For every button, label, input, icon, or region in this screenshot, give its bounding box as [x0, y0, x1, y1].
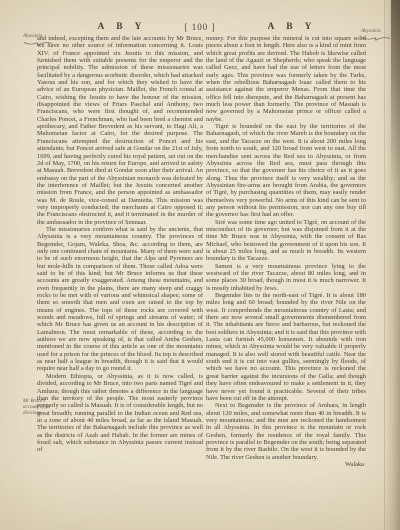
margin-note-text: Abyssinia.: [361, 29, 382, 34]
paragraph: The missionaries confirm what is said by…: [37, 226, 203, 373]
right-column: money. For this purpose the mineral is c…: [206, 35, 366, 469]
paragraph: and indeed, excepting them and the late …: [37, 35, 203, 226]
paragraph: Samen is a very mountainous province lyi…: [206, 263, 366, 292]
paragraph: Next to Begemder is the province of Amha…: [206, 402, 366, 461]
paragraph: Modern Ethiopia, or Abyssinia, as it is …: [37, 373, 203, 454]
running-head-right: A B Y: [230, 22, 354, 32]
paragraph: Begemder lies to the north-east of Tigré…: [206, 292, 366, 402]
catchword: Walaka: [206, 461, 366, 468]
right-column-paragraphs: money. For this purpose the mineral is c…: [206, 35, 366, 461]
left-column: and indeed, excepting them and the late …: [37, 35, 203, 454]
paragraph: money. For this purpose the mineral is c…: [206, 35, 366, 123]
paragraph: Tigré is bounded on the east by the terr…: [206, 123, 366, 218]
book-page: A B Y [ 100 ] A B Y Abyssinia Abyssinia.…: [0, 0, 400, 530]
margin-note-abyssinia-right: Abyssinia.: [361, 29, 395, 42]
paragraph: Siré was some time ago united to Tigré, …: [206, 219, 366, 263]
